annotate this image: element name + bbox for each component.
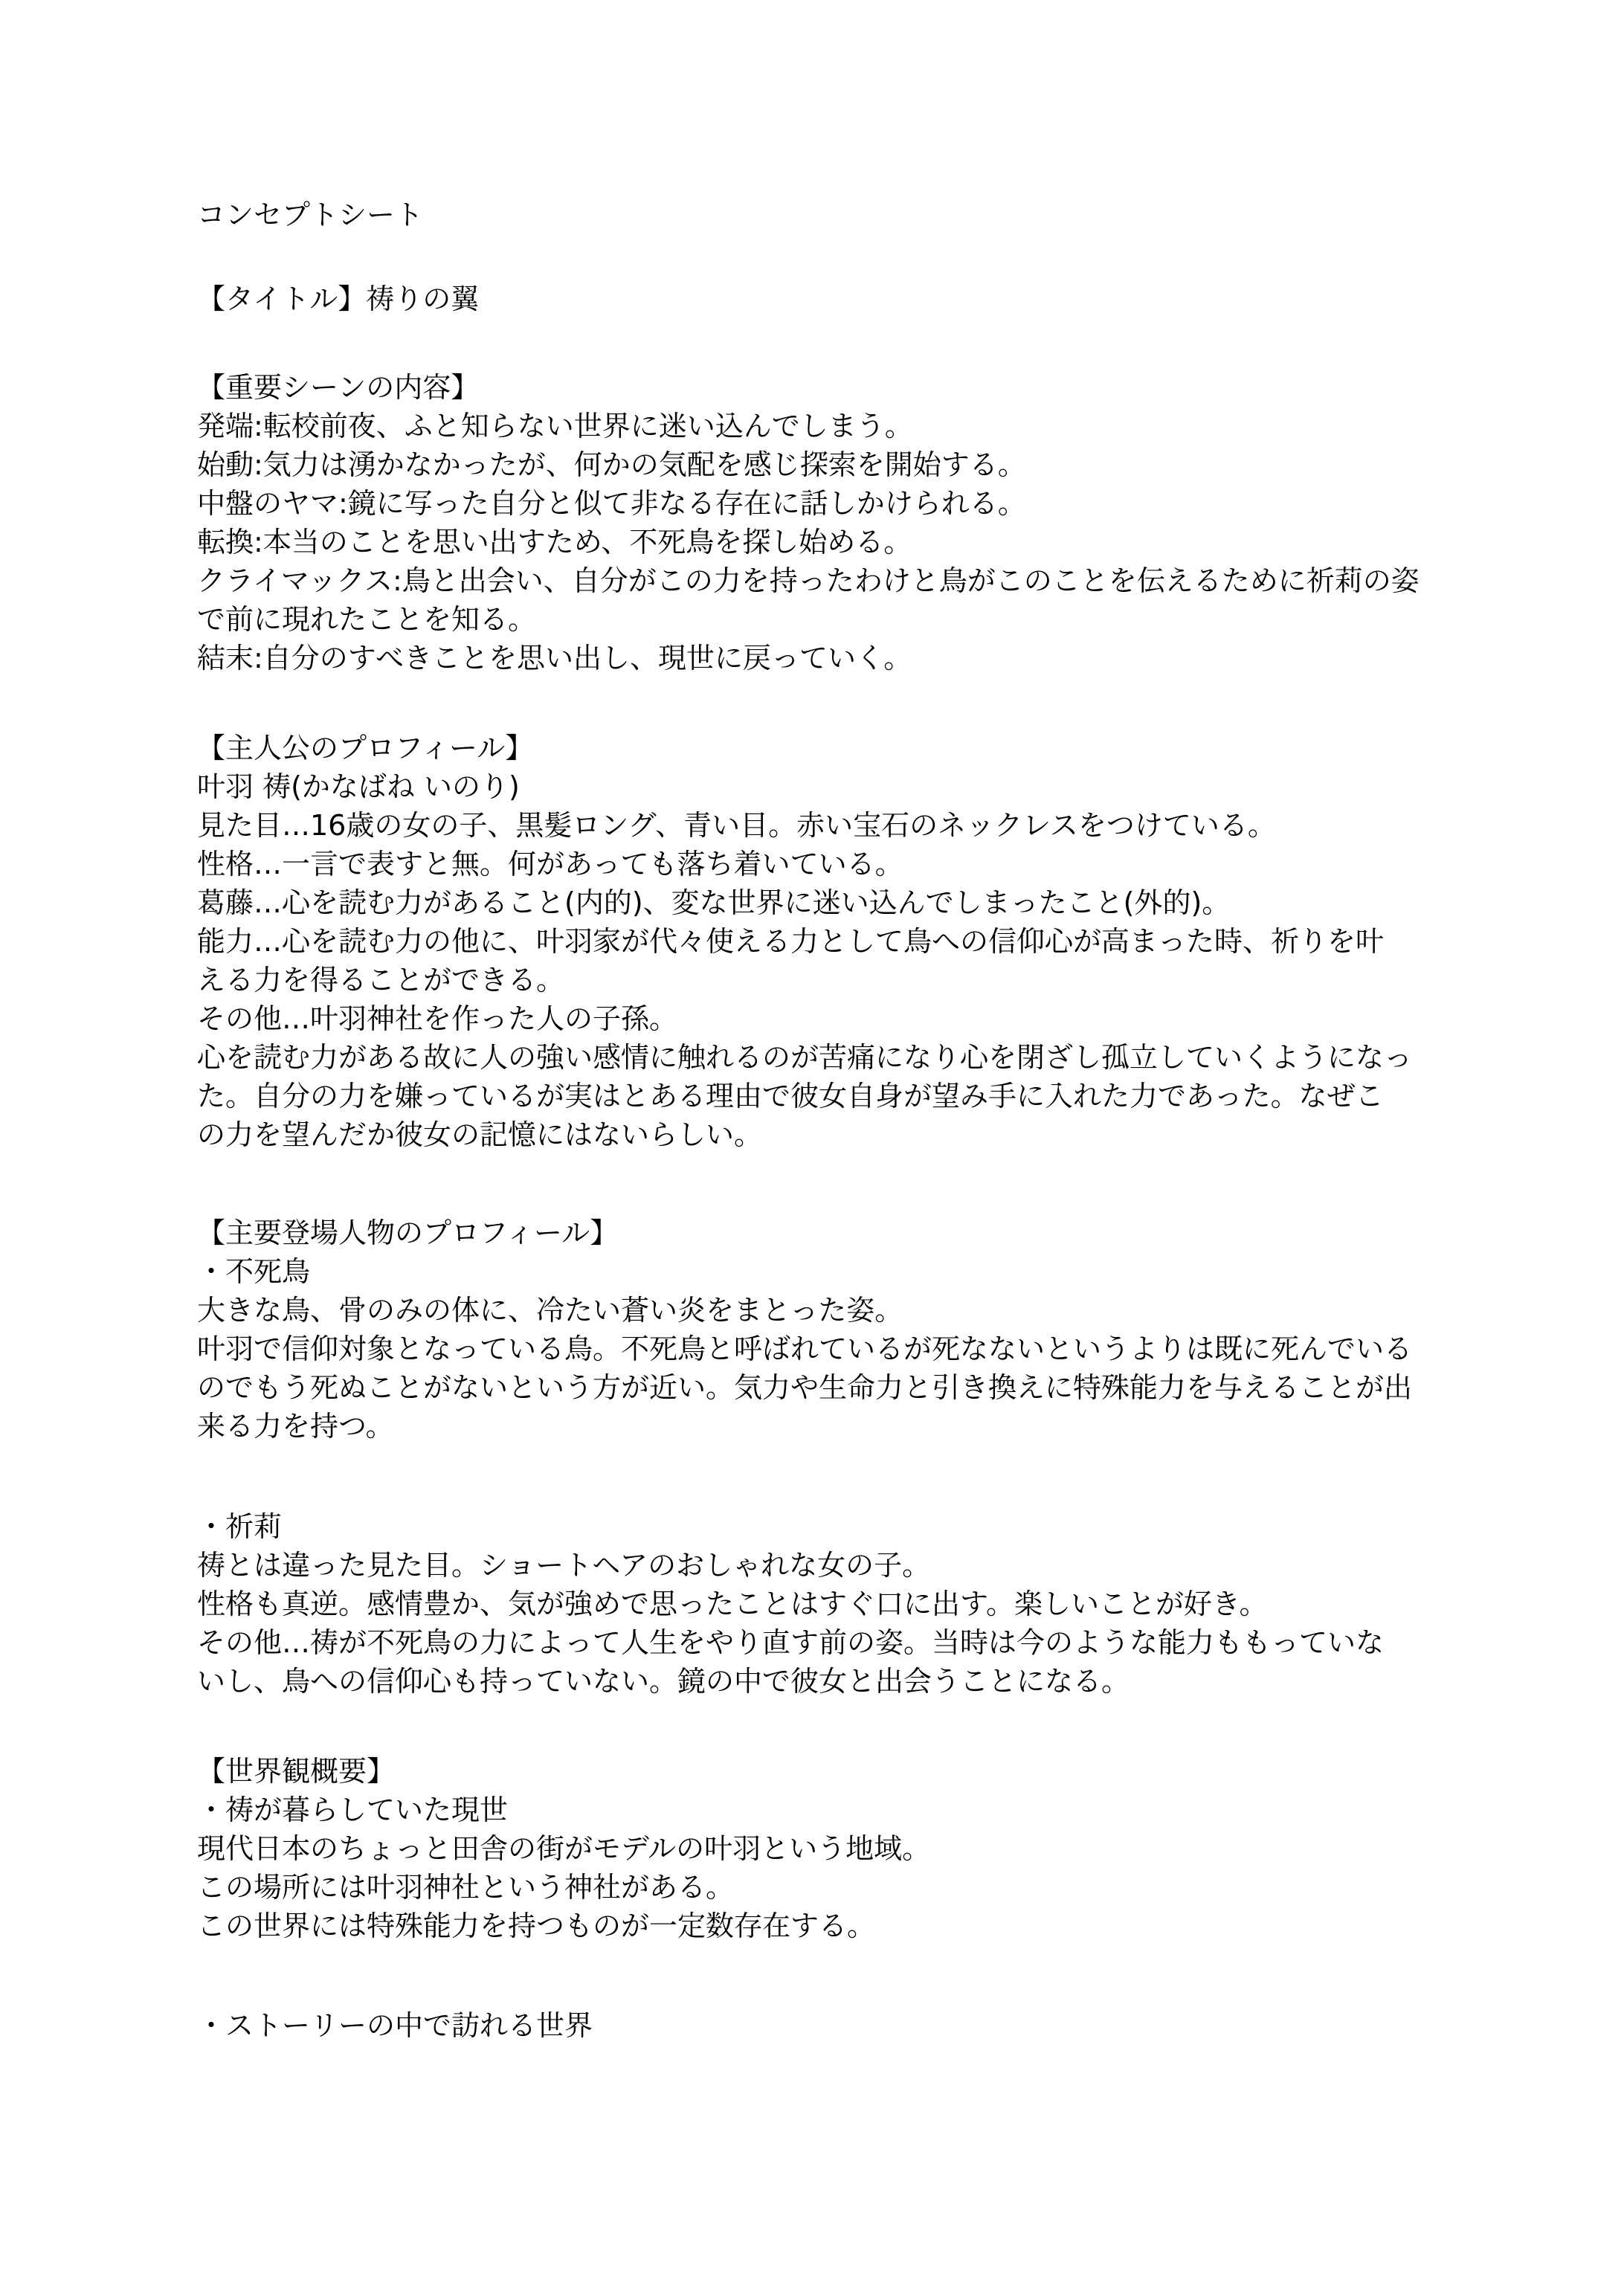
- blank-gap: [197, 1154, 1434, 1214]
- protagonist-heading: 【主人公のプロフィール】: [197, 729, 1434, 767]
- phoenix-description-paragraph: 叶羽で信仰対象となっている鳥。不死鳥と呼ばれているが死なないというよりは既に死ん…: [197, 1330, 1434, 1446]
- character-kiri-name: ・祈莉: [197, 1507, 1434, 1546]
- kiri-other-paragraph: その他…祷が不死鳥の力によって人生をやり直す前の姿。当時は今のような能力ももって…: [197, 1623, 1434, 1701]
- scene-line-ending: 結末:自分のすべきことを思い出し、現世に戻っていく。: [197, 639, 1434, 677]
- scene-line-midpoint: 中盤のヤマ:鏡に写った自分と似て非なる存在に話しかけられる。: [197, 484, 1434, 523]
- protagonist-other-line: その他…叶羽神社を作った人の子孫。: [197, 999, 1434, 1038]
- blank-gap: [197, 234, 1434, 280]
- world-story-world-name: ・ストーリーの中で訪れる世界: [197, 2006, 1434, 2045]
- key-scenes-heading: 【重要シーンの内容】: [197, 368, 1434, 407]
- sheet-header: コンセプトシート: [197, 196, 1434, 234]
- world-present-shrine-line: この場所には叶羽神社という神社がある。: [197, 1868, 1434, 1907]
- protagonist-conflict-line: 葛藤…心を読む力があること(内的)、変な世界に迷い込んでしまったこと(外的)。: [197, 883, 1434, 922]
- world-overview-heading: 【世界観概要】: [197, 1752, 1434, 1791]
- section-world-overview: 【世界観概要】 ・祷が暮らしていた現世 現代日本のちょっと田舎の街がモデルの叶羽…: [197, 1752, 1434, 2045]
- section-protagonist-profile: 【主人公のプロフィール】 叶羽 祷(かなばね いのり) 見た目…16歳の女の子、…: [197, 729, 1434, 1154]
- world-present-name: ・祷が暮らしていた現世: [197, 1791, 1434, 1829]
- world-present-region-line: 現代日本のちょっと田舎の街がモデルの叶羽という地域。: [197, 1829, 1434, 1868]
- title-line: 【タイトル】祷りの翼: [197, 280, 1434, 318]
- blank-gap: [197, 1701, 1434, 1752]
- protagonist-backstory-paragraph: 心を読む力がある故に人の強い感情に触れるのが苦痛になり心を閉ざし孤立していくよう…: [197, 1038, 1434, 1154]
- character-phoenix-name: ・不死鳥: [197, 1252, 1434, 1291]
- protagonist-name-line: 叶羽 祷(かなばね いのり): [197, 767, 1434, 806]
- kiri-personality-line: 性格も真逆。感情豊か、気が強めで思ったことはすぐ口に出す。楽しいことが好き。: [197, 1585, 1434, 1623]
- protagonist-ability-line: 能力…心を読む力の他に、叶羽家が代々使える力として鳥への信仰心が高まった時、祈り…: [197, 922, 1434, 999]
- scene-line-climax: クライマックス:鳥と出会い、自分がこの力を持ったわけと鳥がこのことを伝えるために…: [197, 561, 1434, 639]
- document-page: コンセプトシート 【タイトル】祷りの翼 【重要シーンの内容】 発端:転校前夜、ふ…: [0, 0, 1624, 2294]
- scene-line-turn: 転換:本当のことを思い出すため、不死鳥を探し始める。: [197, 523, 1434, 561]
- world-present-powers-line: この世界には特殊能力を持つものが一定数存在する。: [197, 1907, 1434, 1945]
- scene-line-start: 始動:気力は湧かなかったが、何かの気配を感じ探索を開始する。: [197, 445, 1434, 484]
- phoenix-appearance-line: 大きな鳥、骨のみの体に、冷たい蒼い炎をまとった姿。: [197, 1291, 1434, 1330]
- blank-gap: [197, 1945, 1434, 2006]
- main-characters-heading: 【主要登場人物のプロフィール】: [197, 1214, 1434, 1252]
- scene-line-opening: 発端:転校前夜、ふと知らない世界に迷い込んでしまう。: [197, 407, 1434, 445]
- blank-gap: [197, 318, 1434, 368]
- protagonist-personality-line: 性格…一言で表すと無。何があっても落ち着いている。: [197, 845, 1434, 883]
- section-main-characters: 【主要登場人物のプロフィール】 ・不死鳥 大きな鳥、骨のみの体に、冷たい蒼い炎を…: [197, 1214, 1434, 1701]
- kiri-looks-line: 祷とは違った見た目。ショートヘアのおしゃれな女の子。: [197, 1546, 1434, 1585]
- section-key-scenes: 【重要シーンの内容】 発端:転校前夜、ふと知らない世界に迷い込んでしまう。 始動…: [197, 368, 1434, 677]
- blank-gap: [197, 1446, 1434, 1507]
- blank-gap: [197, 677, 1434, 729]
- protagonist-looks-line: 見た目…16歳の女の子、黒髪ロング、青い目。赤い宝石のネックレスをつけている。: [197, 806, 1434, 845]
